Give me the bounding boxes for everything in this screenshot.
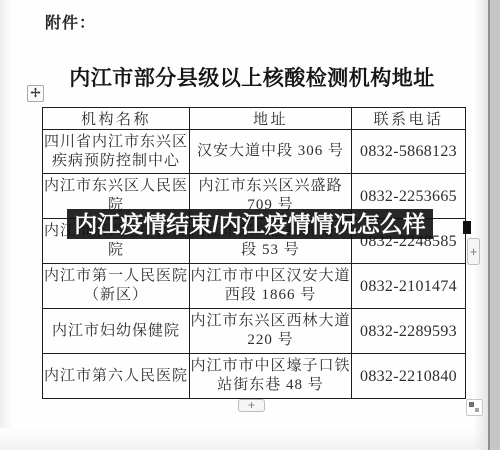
phone-cell: 0832-2289593 [352, 309, 466, 354]
table-selection-handle[interactable] [463, 221, 471, 234]
address-cell: 汉安大道中段 306 号 [190, 130, 352, 174]
address-cell: 内江市市中区汉安大道西段 1866 号 [190, 264, 352, 309]
phone-cell: 0832-5868123 [352, 130, 466, 174]
table-body: 四川省内江市东兴区疾病预防控制中心汉安大道中段 306 号0832-586812… [43, 130, 466, 399]
table-resize-handle[interactable] [466, 399, 483, 416]
right-edge-shading [474, 0, 488, 450]
right-edge-band [490, 0, 500, 450]
resize-icon [469, 402, 474, 407]
page-title: 内江市部分县级以上核酸检测机构地址 [40, 62, 464, 92]
column-header-address: 地址 [190, 108, 352, 130]
table-row: 四川省内江市东兴区疾病预防控制中心汉安大道中段 306 号0832-586812… [43, 130, 466, 174]
column-header-phone: 联系电话 [352, 108, 466, 130]
document-page: 附件： 内江市部分县级以上核酸检测机构地址 机构名称 地址 联系电话 四川省内江… [0, 0, 500, 450]
table-move-handle[interactable] [27, 85, 44, 102]
address-cell: 内江市东兴区西林大道220 号 [190, 309, 352, 354]
table-row: 内江市第六人民医院内江市市中区壕子口铁站街东巷 48 号0832-2210840 [43, 354, 466, 399]
institution-name-cell: 内江市第六人民医院 [43, 354, 190, 399]
attachment-label: 附件： [45, 10, 96, 33]
column-header-institution: 机构名称 [43, 108, 190, 130]
institution-name-cell: 内江市妇幼保健院 [43, 309, 190, 354]
phone-cell: 0832-2101474 [352, 264, 466, 309]
phone-cell: 0832-2210840 [352, 354, 466, 399]
bottom-edge-shading [0, 428, 500, 450]
address-cell: 内江市市中区壕子口铁站街东巷 48 号 [190, 354, 352, 399]
add-column-button[interactable]: + [467, 238, 480, 265]
table-row: 内江市第一人民医院（新区）内江市市中区汉安大道西段 1866 号0832-210… [43, 264, 466, 309]
move-cross-icon [30, 85, 41, 103]
add-row-button[interactable]: + [238, 399, 265, 412]
table-row: 内江市妇幼保健院内江市东兴区西林大道220 号0832-2289593 [43, 309, 466, 354]
institution-name-cell: 四川省内江市东兴区疾病预防控制中心 [43, 130, 190, 174]
table-header-row: 机构名称 地址 联系电话 [43, 108, 466, 130]
watermark-caption-banner: 内江疫情结束/内江疫情情况怎么样 [67, 209, 433, 239]
resize-icon [475, 408, 479, 412]
left-edge-shading [0, 0, 12, 450]
testing-sites-table: 机构名称 地址 联系电话 四川省内江市东兴区疾病预防控制中心汉安大道中段 306… [42, 107, 466, 399]
institution-name-cell: 内江市第一人民医院（新区） [43, 264, 190, 309]
